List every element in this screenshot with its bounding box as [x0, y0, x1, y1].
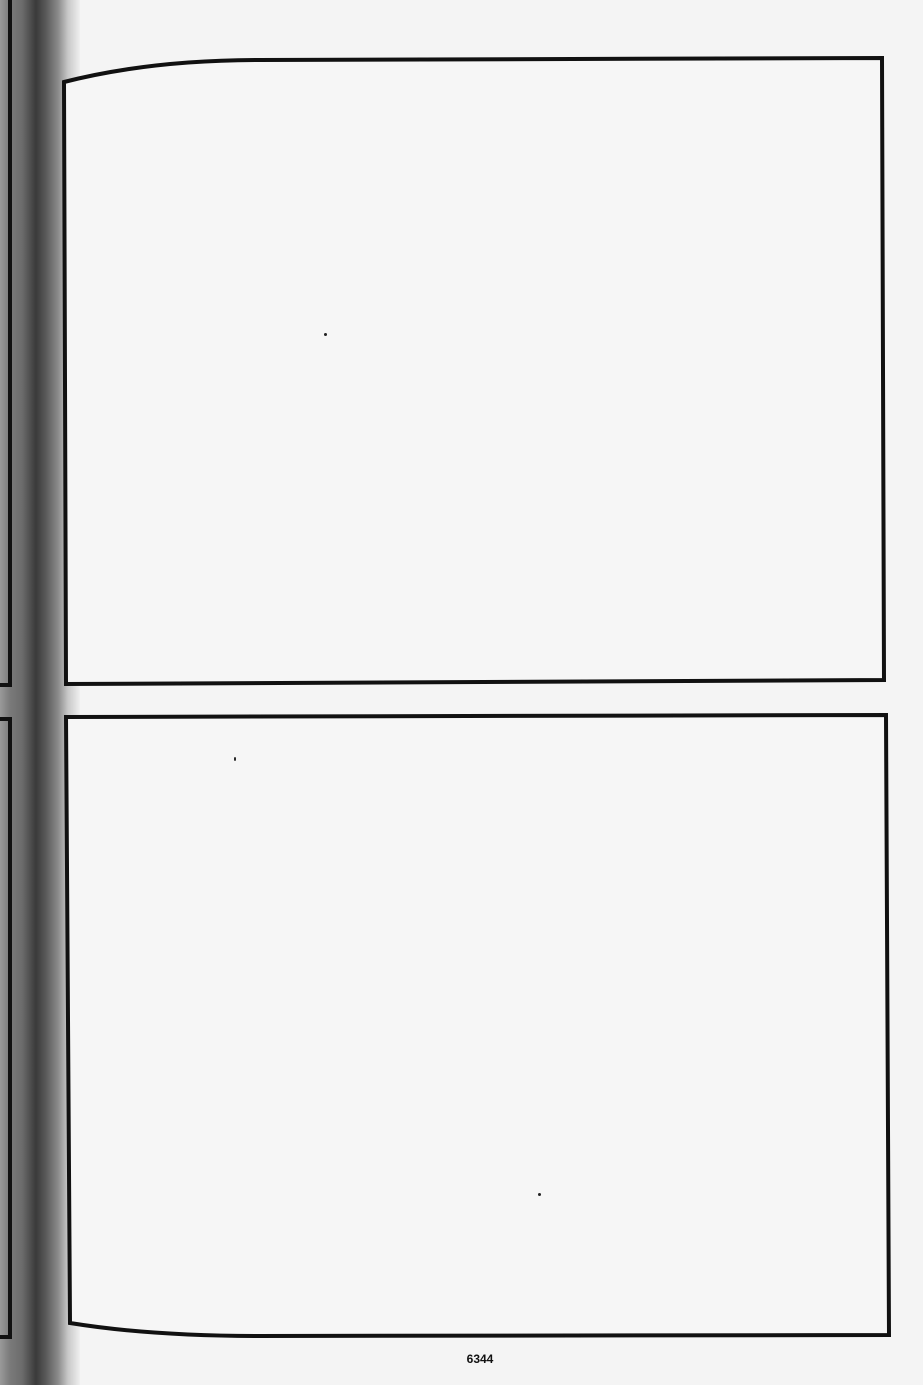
frames-layer	[0, 0, 923, 1385]
bottom-frame	[66, 715, 889, 1336]
scan-speck	[538, 1193, 541, 1196]
top-frame	[64, 58, 884, 684]
scan-speck	[324, 333, 327, 336]
page-number: 6344	[450, 1352, 510, 1366]
scan-speck	[234, 757, 236, 761]
